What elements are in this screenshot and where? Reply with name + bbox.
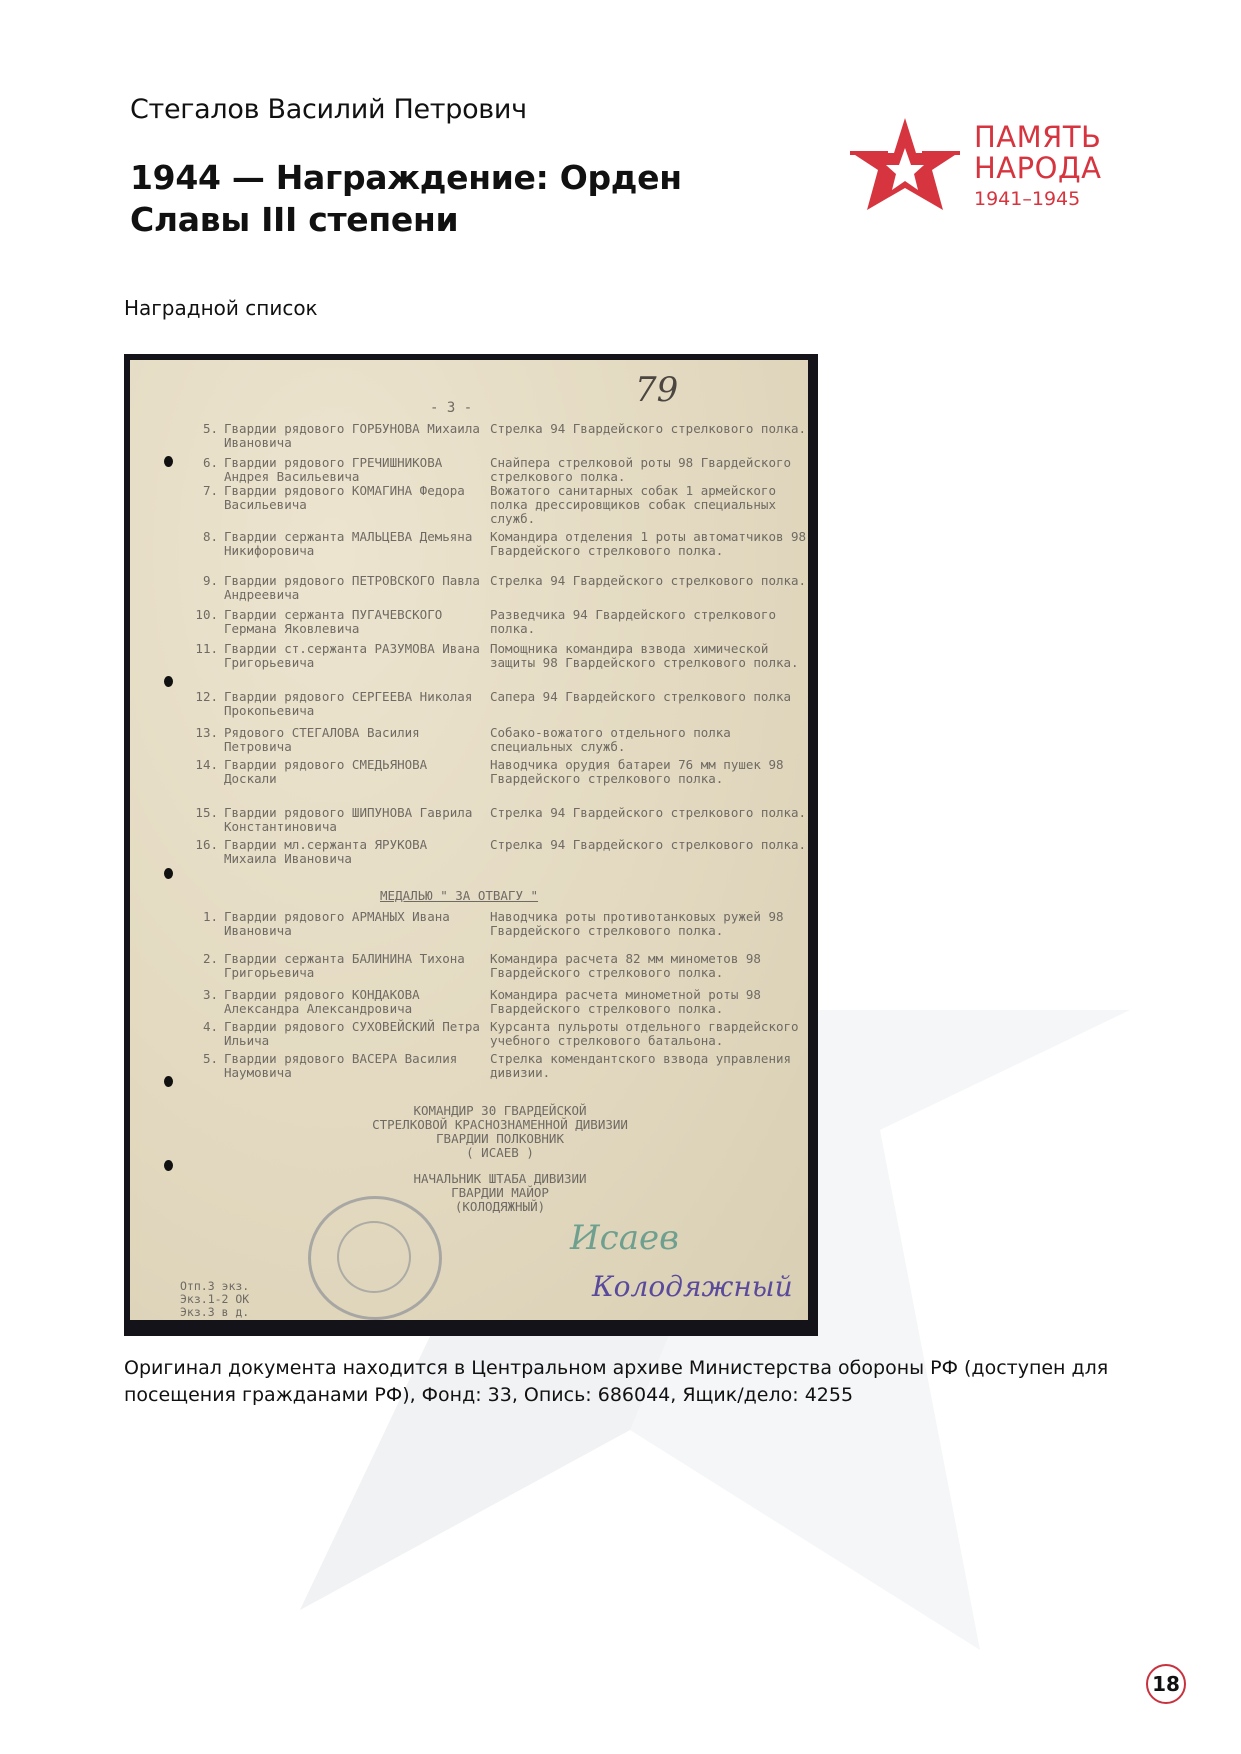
page-marker: - 3 -: [430, 400, 472, 416]
entry-number: 5.: [190, 1052, 218, 1066]
entry-number: 14.: [190, 758, 218, 772]
entry-person: Гвардии рядового ВАСЕРА Василия Наумович…: [224, 1052, 484, 1080]
entry-number: 1.: [190, 910, 218, 924]
punch-hole: [164, 1076, 173, 1087]
text-line: ГВАРДИИ ПОЛКОВНИК: [350, 1132, 650, 1146]
entry-position: Помощника командира взвода химической за…: [490, 642, 808, 670]
entry-number: 13.: [190, 726, 218, 740]
section-label: Наградной список: [124, 296, 318, 320]
entry-number: 12.: [190, 690, 218, 704]
text-line: ( ИСАЕВ ): [350, 1146, 650, 1160]
entry-position: Наводчика роты противотанковых ружей 98 …: [490, 910, 808, 938]
entry-position: Стрелка 94 Гвардейского стрелкового полк…: [490, 806, 808, 820]
entry-number: 6.: [190, 456, 218, 470]
entry-number: 15.: [190, 806, 218, 820]
entry-number: 2.: [190, 952, 218, 966]
entry-number: 4.: [190, 1020, 218, 1034]
entry-person: Гвардии рядового СМЕДЬЯНОВА Доскали: [224, 758, 484, 786]
punch-hole: [164, 676, 173, 687]
entry-person: Гвардии рядового ГРЕЧИШНИКОВА Андрея Вас…: [224, 456, 484, 484]
signature-block-chief-of-staff: НАЧАЛЬНИК ШТАБА ДИВИЗИИГВАРДИИ МАЙОР(КОЛ…: [350, 1172, 650, 1214]
entry-person: Рядового СТЕГАЛОВА Василия Петровича: [224, 726, 484, 754]
entry-position: Курсанта пульроты отдельного гвардейског…: [490, 1020, 808, 1048]
entry-position: Наводчика орудия батареи 76 мм пушек 98 …: [490, 758, 808, 786]
pamyat-naroda-logo[interactable]: ПАМЯТЬ НАРОДА 1941–1945: [850, 118, 1130, 218]
medal-heading: МЕДАЛЬЮ " ЗА ОТВАГУ ": [380, 888, 538, 903]
person-name: Стегалов Василий Петрович: [130, 94, 527, 125]
entry-person: Гвардии рядового КОМАГИНА Федора Василье…: [224, 484, 484, 512]
signature-chief-of-staff: Колодяжный: [592, 1270, 793, 1303]
entry-number: 16.: [190, 838, 218, 852]
punch-hole: [164, 868, 173, 879]
entry-position: Командира отделения 1 роты автоматчиков …: [490, 530, 808, 558]
entry-position: Стрелка комендантского взвода управления…: [490, 1052, 808, 1080]
entry-number: 7.: [190, 484, 218, 498]
signature-commander: Исаев: [570, 1218, 679, 1258]
entry-person: Гвардии мл.сержанта ЯРУКОВА Михаила Иван…: [224, 838, 484, 866]
entry-person: Гвардии рядового ШИПУНОВА Гаврила Конста…: [224, 806, 484, 834]
entry-number: 11.: [190, 642, 218, 656]
entry-position: Командира расчета 82 мм минометов 98 Гва…: [490, 952, 808, 980]
entry-person: Гвардии рядового ГОРБУНОВА Михаила Ивано…: [224, 422, 484, 450]
entry-number: 10.: [190, 608, 218, 622]
logo-text: ПАМЯТЬ НАРОДА 1941–1945: [974, 122, 1101, 212]
entry-number: 9.: [190, 574, 218, 588]
logo-years: 1941–1945: [974, 186, 1101, 212]
text-line: ГВАРДИИ МАЙОР: [350, 1186, 650, 1200]
entry-person: Гвардии рядового ПЕТРОВСКОГО Павла Андре…: [224, 574, 484, 602]
entry-person: Гвардии рядового СУХОВЕЙСКИЙ Петра Ильич…: [224, 1020, 484, 1048]
entry-number: 3.: [190, 988, 218, 1002]
punch-hole: [164, 456, 173, 467]
signature-block-commander: КОМАНДИР 30 ГВАРДЕЙСКОЙСТРЕЛКОВОЙ КРАСНО…: [350, 1104, 650, 1160]
logo-line-1: ПАМЯТЬ: [974, 122, 1101, 153]
entry-person: Гвардии сержанта МАЛЬЦЕВА Демьяна Никифо…: [224, 530, 484, 558]
text-line: НАЧАЛЬНИК ШТАБА ДИВИЗИИ: [350, 1172, 650, 1186]
punch-hole: [164, 1160, 173, 1171]
document-scan-image: - 3 - 79 5.Гвардии рядового ГОРБУНОВА Ми…: [124, 354, 818, 1336]
entry-position: Стрелка 94 Гвардейского стрелкового полк…: [490, 574, 808, 588]
text-line: СТРЕЛКОВОЙ КРАСНОЗНАМЕННОЙ ДИВИЗИИ: [350, 1118, 650, 1132]
entry-person: Гвардии сержанта БАЛИНИНА Тихона Григорь…: [224, 952, 484, 980]
archive-caption: Оригинал документа находится в Центральн…: [124, 1355, 1124, 1409]
entry-position: Вожатого санитарных собак 1 армейского п…: [490, 484, 808, 526]
logo-line-2: НАРОДА: [974, 153, 1101, 184]
copies-note: Отп.3 экз.Экз.1-2 ОКЭкз.3 в д.: [180, 1280, 249, 1319]
entry-position: Снайпера стрелковой роты 98 Гвардейского…: [490, 456, 808, 484]
text-line: (КОЛОДЯЖНЫЙ): [350, 1200, 650, 1214]
entry-person: Гвардии рядового КОНДАКОВА Александра Ал…: [224, 988, 484, 1016]
entry-person: Гвардии сержанта ПУГАЧЕВСКОГО Германа Як…: [224, 608, 484, 636]
entry-position: Разведчика 94 Гвардейского стрелкового п…: [490, 608, 808, 636]
handwritten-number: 79: [635, 370, 678, 410]
entry-position: Собако-вожатого отдельного полка специал…: [490, 726, 808, 754]
scan-paper: - 3 - 79 5.Гвардии рядового ГОРБУНОВА Ми…: [130, 360, 808, 1320]
text-line: Экз.3 в д.: [180, 1306, 249, 1319]
entry-position: Сапера 94 Гвардейского стрелкового полка: [490, 690, 808, 704]
entry-person: Гвардии рядового СЕРГЕЕВА Николая Прокоп…: [224, 690, 484, 718]
entry-number: 8.: [190, 530, 218, 544]
page-number-badge: 18: [1146, 1664, 1186, 1704]
entry-person: Гвардии рядового АРМАНЫХ Ивана Ивановича: [224, 910, 484, 938]
entry-number: 5.: [190, 422, 218, 436]
red-star-icon: [850, 118, 960, 218]
entry-position: Командира расчета минометной роты 98 Гва…: [490, 988, 808, 1016]
entry-position: Стрелка 94 Гвардейского стрелкового полк…: [490, 838, 808, 852]
award-title: 1944 — Награждение: Орден Славы III степ…: [130, 157, 810, 241]
official-stamp: [308, 1196, 442, 1320]
entry-person: Гвардии ст.сержанта РАЗУМОВА Ивана Григо…: [224, 642, 484, 670]
text-line: КОМАНДИР 30 ГВАРДЕЙСКОЙ: [350, 1104, 650, 1118]
entry-position: Стрелка 94 Гвардейского стрелкового полк…: [490, 422, 808, 436]
